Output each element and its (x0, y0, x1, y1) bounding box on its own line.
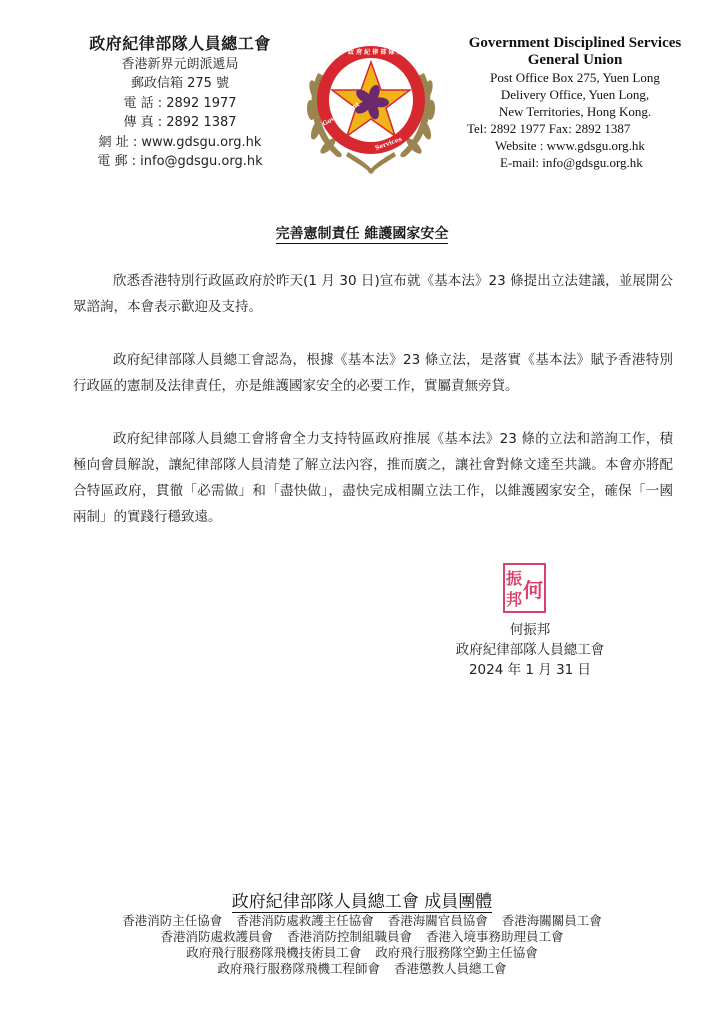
svg-text:邦: 邦 (506, 590, 522, 609)
member-row-1: 香港消防主任協會 香港消防處救護主任協會 香港海關官員協會 香港海關關員工會 (0, 913, 724, 929)
member-org: 香港消防處救護員會 (160, 929, 273, 944)
member-row-4: 政府飛行服務隊飛機工程師會 香港懲教人員總工會 (0, 961, 724, 977)
address-line-2-en: Delivery Office, Yuen Long, (455, 86, 695, 103)
address-line-1-en: Post Office Box 275, Yuen Long (455, 69, 695, 86)
signature-seal-icon: 振 邦 何 (503, 563, 546, 613)
tel-fax-en: Tel: 2892 1977 Fax: 2892 1387 (455, 120, 695, 137)
member-org: 香港消防主任協會 (122, 913, 222, 928)
member-org: 香港消防控制組職員會 (287, 929, 412, 944)
org-name-en-line2: General Union (455, 52, 695, 69)
website-cn: 網 址 : www.gdsgu.org.hk (60, 133, 300, 152)
org-name-cn: 政府紀律部隊人員總工會 (60, 34, 300, 54)
paragraph-3: 政府紀律部隊人員總工會將會全力支持特區政府推展《基本法》23 條的立法和諮詢工作… (73, 426, 673, 530)
org-name-en-line1: Government Disciplined Services (455, 35, 695, 52)
member-org: 香港海關關員工會 (502, 913, 602, 928)
union-emblem-icon: 政 府 紀 律 部 隊 人 員 Government Services (296, 28, 446, 178)
paragraph-2: 政府紀律部隊人員總工會認為，根據《基本法》23 條立法，是落實《基本法》賦予香港… (73, 347, 673, 399)
member-row-2: 香港消防處救護員會 香港消防控制組職員會 香港入境事務助理員工會 (0, 929, 724, 945)
member-org: 香港入境事務助理員工會 (426, 929, 564, 944)
member-organizations-list: 香港消防主任協會 香港消防處救護主任協會 香港海關官員協會 香港海關關員工會 香… (0, 913, 724, 977)
website-en: Website : www.gdsgu.org.hk (455, 137, 695, 154)
phone-cn: 電 話 : 2892 1977 (60, 94, 300, 113)
member-org: 香港海關官員協會 (388, 913, 488, 928)
signature-block: 何振邦 政府紀律部隊人員總工會 2024 年 1 月 31 日 (430, 620, 630, 680)
member-organizations-title-text: 政府紀律部隊人員總工會 成員團體 (232, 892, 492, 913)
document-title-text: 完善憲制責任 維護國家安全 (276, 226, 449, 244)
member-row-3: 政府飛行服務隊飛機技術員工會 政府飛行服務隊空勤主任協會 (0, 945, 724, 961)
address-line-2-cn: 郵政信箱 275 號 (60, 74, 300, 93)
document-body: 欣悉香港特別行政區政府於昨天(1 月 30 日)宣布就《基本法》23 條提出立法… (73, 268, 673, 557)
signatory-name: 何振邦 (430, 620, 630, 640)
letter-page: 政府紀律部隊人員總工會 香港新界元朗派遞局 郵政信箱 275 號 電 話 : 2… (0, 0, 724, 1024)
member-organizations-title: 政府紀律部隊人員總工會 成員團體 (0, 887, 724, 912)
document-title: 完善憲制責任 維護國家安全 (0, 223, 724, 243)
email-cn: 電 郵 : info@gdsgu.org.hk (60, 152, 300, 171)
member-org: 政府飛行服務隊空勤主任協會 (375, 945, 538, 960)
document-date: 2024 年 1 月 31 日 (430, 660, 630, 680)
svg-text:何: 何 (523, 578, 543, 602)
member-org: 政府飛行服務隊飛機工程師會 (217, 961, 380, 976)
paragraph-1: 欣悉香港特別行政區政府於昨天(1 月 30 日)宣布就《基本法》23 條提出立法… (73, 268, 673, 320)
svg-text:政 府 紀 律 部 隊 人 員: 政 府 紀 律 部 隊 人 員 (348, 48, 411, 56)
address-line-3-en: New Territories, Hong Kong. (455, 103, 695, 120)
letterhead-chinese: 政府紀律部隊人員總工會 香港新界元朗派遞局 郵政信箱 275 號 電 話 : 2… (60, 34, 300, 171)
member-org: 政府飛行服務隊飛機技術員工會 (186, 945, 361, 960)
signatory-org: 政府紀律部隊人員總工會 (430, 640, 630, 660)
email-en: E-mail: info@gdsgu.org.hk (455, 154, 695, 171)
member-org: 香港懲教人員總工會 (394, 961, 507, 976)
letterhead-english: Government Disciplined Services General … (455, 35, 695, 171)
svg-text:振: 振 (505, 569, 522, 588)
address-line-1-cn: 香港新界元朗派遞局 (60, 55, 300, 74)
member-org: 香港消防處救護主任協會 (236, 913, 374, 928)
fax-cn: 傳 真 : 2892 1387 (60, 113, 300, 132)
